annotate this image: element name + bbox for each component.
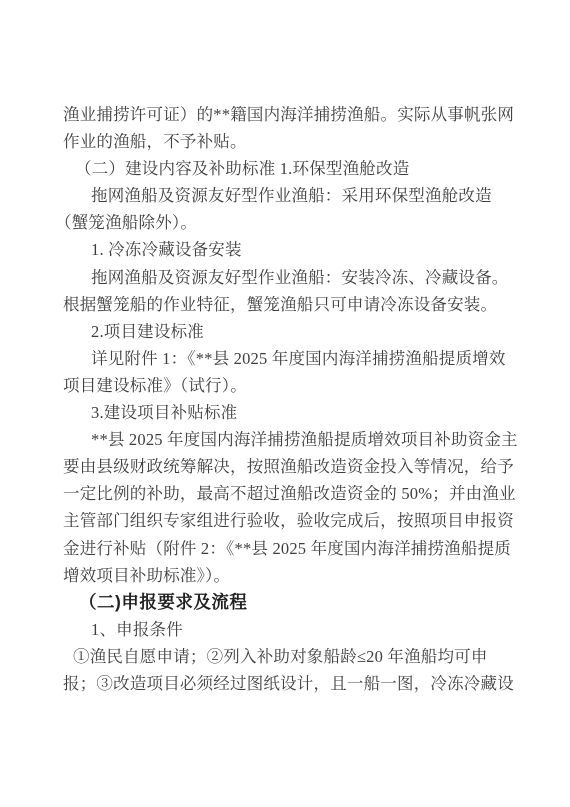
list-item-line: 2.项目建设标准 (63, 318, 509, 345)
document-text-block: 渔业捕捞许可证）的**籍国内海洋捕捞渔船。实际从事帆张网 作业的渔船，不予补贴。… (63, 101, 509, 697)
text-line: 报；③改造项目必须经过图纸设计，且一船一图，冷冻冷藏设 (63, 670, 509, 697)
text-line: 增效项目补助标准》）。 (63, 562, 509, 589)
text-line: 详见附件 1：《**县 2025 年度国内海洋捕捞渔船提质增效 (63, 345, 509, 372)
document-page: 渔业捕捞许可证）的**籍国内海洋捕捞渔船。实际从事帆张网 作业的渔船，不予补贴。… (0, 0, 570, 807)
text-line: 主管部门组织专家组进行验收，验收完成后，按照项目申报资 (63, 507, 509, 534)
section-heading-line: （二）建设内容及补助标准 1.环保型渔舱改造 (63, 155, 509, 182)
text-line: 一定比例的补助，最高不超过渔船改造资金的 50%；并由渔业 (63, 480, 509, 507)
text-line: 要由县级财政统筹解决，按照渔船改造资金投入等情况，给予 (63, 453, 509, 480)
list-item-line: 3.建设项目补贴标准 (63, 399, 509, 426)
text-line: 金进行补贴（附件 2：《**县 2025 年度国内海洋捕捞渔船提质 (63, 535, 509, 562)
text-line: （蟹笼渔船除外）。 (55, 209, 509, 236)
text-line: **县 2025 年度国内海洋捕捞渔船提质增效项目补助资金主 (63, 426, 509, 453)
section-heading-bold: （二)申报要求及流程 (63, 589, 509, 616)
text-line: 拖网渔船及资源友好型作业渔船：采用环保型渔舱改造 (63, 182, 509, 209)
text-line: 渔业捕捞许可证）的**籍国内海洋捕捞渔船。实际从事帆张网 (63, 101, 509, 128)
text-line: 项目建设标准》（试行）。 (63, 372, 509, 399)
text-line: 拖网渔船及资源友好型作业渔船：安装冷冻、冷藏设备。 (63, 264, 509, 291)
text-line: 作业的渔船，不予补贴。 (63, 128, 509, 155)
list-item-line: 1. 冷冻冷藏设备安装 (63, 236, 509, 263)
list-item-line: 1、申报条件 (63, 616, 509, 643)
text-line: 根据蟹笼船的作业特征，蟹笼渔船只可申请冷冻设备安装。 (63, 291, 509, 318)
text-line: ①渔民自愿申请；②列入补助对象船龄≤20 年渔船均可申 (63, 643, 509, 670)
